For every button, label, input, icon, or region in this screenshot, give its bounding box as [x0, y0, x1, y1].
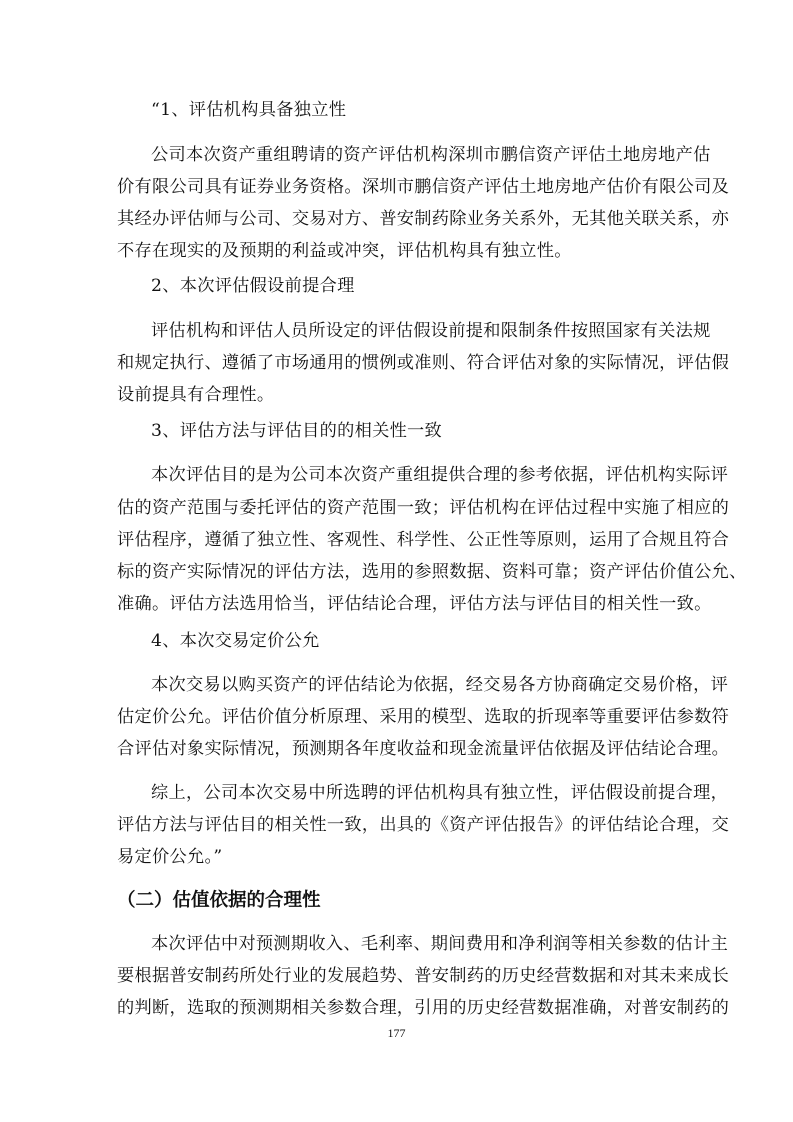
section-heading: （二）估值依据的合理性 [117, 889, 321, 913]
paragraph-3-line-5: 准确。评估方法选用恰当，评估结论合理，评估方法与评估目的相关性一致。 [117, 593, 712, 615]
paragraph-1-line-2: 价有限公司具有证券业务资格。深圳市鹏信资产评估土地房地产估价有限公司及 [117, 176, 729, 198]
paragraph-3-line-4: 标的资产实际情况的评估方法，选用的参照数据、资料可靠；资产评估价值公允、 [117, 561, 747, 583]
summary-paragraph-line-1: 综上，公司本次交易中所选聘的评估机构具有独立性，评估假设前提合理， [151, 782, 728, 804]
paragraph-1-line-4: 不存在现实的及预期的利益或冲突，评估机构具有独立性。 [117, 240, 572, 262]
paragraph-2-line-2: 和规定执行、遵循了市场通用的惯例或准则、符合评估对象的实际情况，评估假 [117, 352, 729, 374]
paragraph-2-line-1: 评估机构和评估人员所设定的评估假设前提和限制条件按照国家有关法规 [151, 320, 711, 342]
paragraph-3-line-1: 本次评估目的是为公司本次资产重组提供合理的参考依据，评估机构实际评 [151, 464, 728, 486]
paragraph-3-line-3: 评估程序，遵循了独立性、客观性、科学性、公正性等原则，运用了合规且符合 [117, 529, 729, 551]
subheading-2: 2、本次评估假设前提合理 [151, 275, 355, 297]
subheading-1: “1、评估机构具备独立性 [151, 99, 346, 121]
summary-paragraph-line-3: 易定价公允。” [117, 846, 222, 868]
paragraph-2-line-3: 设前提具有合理性。 [117, 384, 274, 406]
paragraph-6-line-2: 要根据普安制药所处行业的发展趋势、普安制药的历史经营数据和对其未来成长 [117, 965, 729, 987]
paragraph-4-line-1: 本次交易以购买资产的评估结论为依据，经交易各方协商确定交易价格，评 [151, 674, 728, 696]
page-number: 177 [0, 1026, 793, 1041]
paragraph-3-line-2: 估的资产范围与委托评估的资产范围一致；评估机构在评估过程中实施了相应的 [117, 497, 729, 519]
paragraph-6-line-3: 的判断，选取的预测期相关参数合理，引用的历史经营数据准确，对普安制药的 [117, 997, 729, 1019]
paragraph-1-line-3: 其经办评估师与公司、交易对方、普安制药除业务关系外，无其他关联关系，亦 [117, 208, 729, 230]
summary-paragraph-line-2: 评估方法与评估目的相关性一致，出具的《资产评估报告》的评估结论合理，交 [117, 814, 729, 836]
subheading-4: 4、本次交易定价公允 [151, 630, 320, 652]
paragraph-4-line-3: 合评估对象实际情况，预测期各年度收益和现金流量评估依据及评估结论合理。 [117, 738, 729, 760]
paragraph-1-line-1: 公司本次资产重组聘请的资产评估机构深圳市鹏信资产评估土地房地产估 [151, 144, 711, 166]
paragraph-4-line-2: 估定价公允。评估价值分析原理、采用的模型、选取的折现率等重要评估参数符 [117, 706, 729, 728]
subheading-3: 3、评估方法与评估目的的相关性一致 [151, 420, 442, 442]
paragraph-6-line-1: 本次评估中对预测期收入、毛利率、期间费用和净利润等相关参数的估计主 [151, 933, 728, 955]
